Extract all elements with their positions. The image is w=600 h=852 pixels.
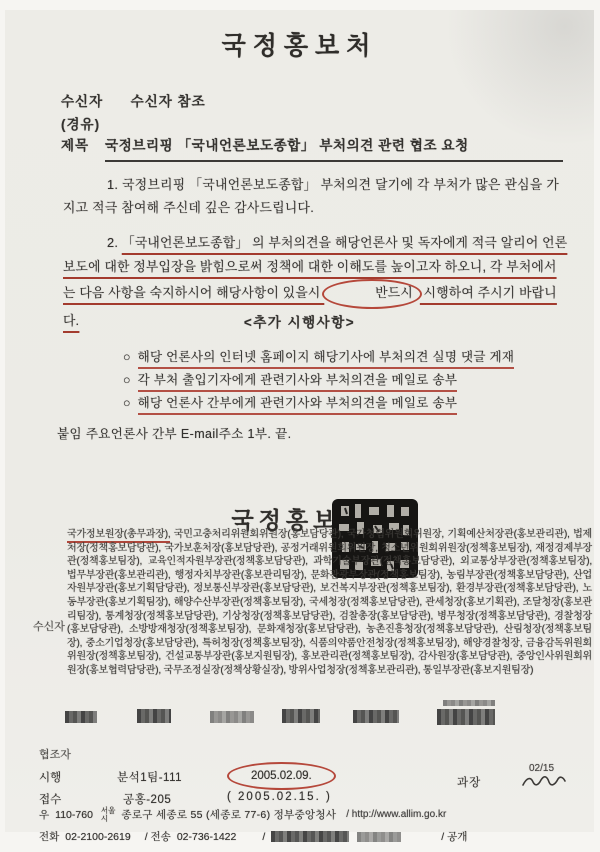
subject-label: 제목 [61, 134, 89, 154]
redacted-email-block [357, 832, 401, 842]
recipient-label: 수신자 [61, 94, 103, 109]
bullet-item-1: ○해당 언론사의 인터넷 홈페이지 해당기사에 부처의견 실명 댓글 게재 [123, 347, 514, 365]
disclosure-label: / 공개 [441, 829, 467, 844]
redacted-name-block [137, 709, 171, 723]
circled-word-annotation: 반드시 [322, 279, 422, 309]
redacted-name-block [65, 711, 97, 723]
street-address: 종로구 세종로 55 (세종로 77-6) 정부중앙청사 [121, 807, 336, 822]
fax-number: 02-736-1422 [177, 831, 237, 843]
circled-dispatch-date-annotation: 2005.02.09. [227, 762, 336, 790]
bullet-item-3: ○해당 언론사 간부에게 관련기사와 부처의견을 메일로 송부 [123, 393, 457, 411]
recipients-label: 수신자 [33, 618, 65, 634]
fax-label: / 전송 [145, 829, 171, 844]
approver-title: 과장 [457, 774, 481, 790]
cooperator-label: 협조자 [39, 746, 71, 762]
receipt-date: ( 2005.02.15. ) [227, 791, 332, 803]
dispatch-number: 분석1팀-111 [117, 769, 182, 785]
paragraph-2-number: 2. [107, 235, 122, 250]
circle-bullet-icon: ○ [123, 373, 131, 387]
circle-bullet-icon: ○ [123, 396, 131, 410]
phone-label: 전화 [39, 829, 59, 844]
postal-code: 110-760 [55, 809, 93, 821]
recipients-list: 국가정보원장(총무과장), 국민고충처리위원회위원장(홍보담당관), 국가청렴위… [67, 528, 592, 678]
redacted-name-block [210, 711, 254, 723]
bullet-item-2: ○각 부처 출입기자에게 관련기사와 부처의견을 메일로 송부 [123, 370, 457, 388]
dispatch-date: 2005.02.09. [251, 770, 312, 782]
circle-bullet-icon: ○ [123, 350, 131, 364]
city-stacked: 서울시 [101, 807, 116, 822]
red-underlined-first-recipient: 국가정보원장(총무과장), [67, 529, 170, 543]
via-label: (경유) [61, 113, 100, 133]
handwritten-signature [521, 773, 567, 789]
dispatch-label: 시행 [39, 769, 61, 785]
addendum-heading: <추가 시행사항> [5, 311, 594, 331]
postal-label: 우 [39, 807, 49, 822]
attachment-note: 붙임 주요언론사 간부 E-mail주소 1부. 끝. [57, 424, 291, 442]
receipt-number: 공홍-205 [123, 791, 171, 807]
slash-separator: / [262, 831, 265, 843]
paragraph-1: 1. 국정브리핑 「국내언론보도종합」 부처의견 달기에 각 부처가 많은 관심… [63, 173, 563, 219]
redacted-email-block [271, 831, 349, 842]
website-url: / http://www.allim.go.kr [346, 809, 446, 820]
document-paper: 국정홍보처 수신자 수신자 참조 (경유) 제목 국정브리핑 「국내언론보도종합… [5, 10, 594, 832]
receipt-label: 접수 [39, 791, 61, 807]
phone-number: 02-2100-2619 [65, 831, 130, 843]
redacted-name-block [353, 710, 399, 723]
redacted-signature-block [437, 709, 495, 725]
scanned-document-page: 국정홍보처 수신자 수신자 참조 (경유) 제목 국정브리핑 「국내언론보도종합… [0, 0, 600, 852]
redacted-signature-block [443, 700, 495, 706]
redacted-name-block [282, 709, 320, 723]
recipient-value: 수신자 참조 [131, 94, 206, 109]
agency-title: 국정홍보처 [5, 26, 594, 62]
subject-text: 국정브리핑 「국내언론보도종합」 부처의견 관련 협조 요청 [105, 134, 563, 162]
